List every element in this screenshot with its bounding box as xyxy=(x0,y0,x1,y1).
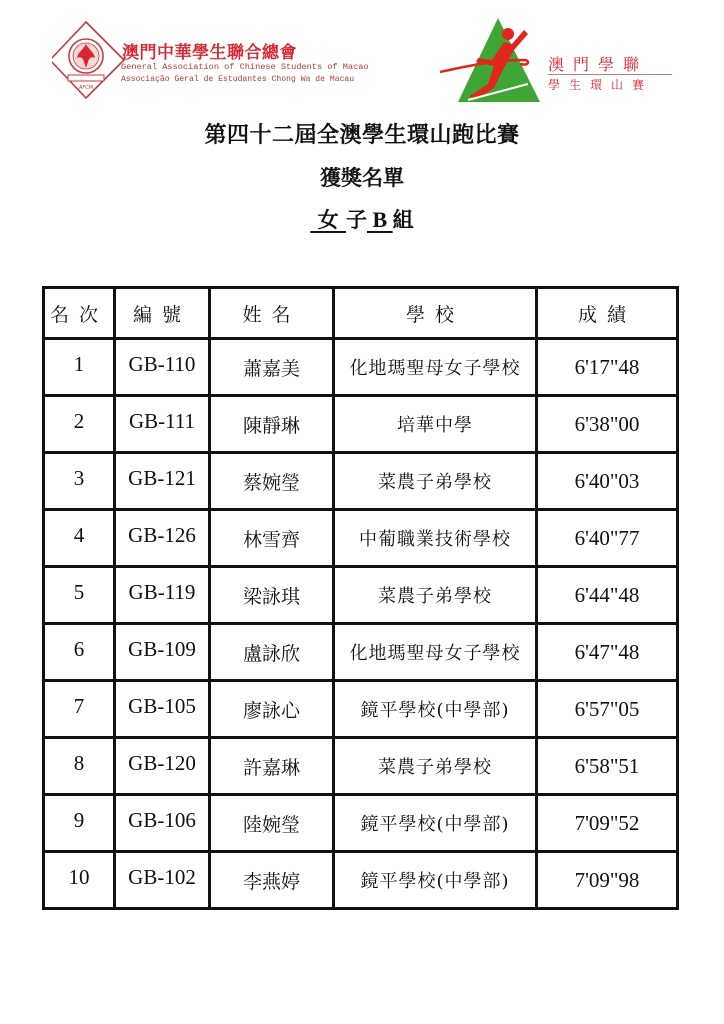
result-time-cell: 6'40"03 xyxy=(537,453,678,510)
table-row: 6GB-109盧詠欣化地瑪聖母女子學校6'47"48 xyxy=(44,624,678,681)
runner-triangle-icon xyxy=(438,14,548,106)
header-school: 學校 xyxy=(334,288,537,339)
bib-number-cell: GB-121 xyxy=(115,453,210,510)
bib-number-cell: GB-110 xyxy=(115,339,210,396)
school-cell: 中葡職業技術學校 xyxy=(334,510,537,567)
header-time: 成績 xyxy=(537,288,678,339)
race-logo: 澳門學聯 學生環山賽 xyxy=(438,14,678,106)
result-time-cell: 6'44"48 xyxy=(537,567,678,624)
race-logo-line2: 學生環山賽 xyxy=(548,76,653,93)
svg-text:AFCM: AFCM xyxy=(79,85,93,91)
awards-subtitle: 獲獎名單 xyxy=(0,162,724,192)
bib-number-cell: GB-111 xyxy=(115,396,210,453)
athlete-name-cell: 梁詠琪 xyxy=(210,567,334,624)
afcm-emblem-icon: AFCM xyxy=(52,18,128,100)
athlete-name-cell: 蕭嘉美 xyxy=(210,339,334,396)
group-suffix: 組 xyxy=(393,204,414,234)
rank-cell: 9 xyxy=(44,795,115,852)
result-time-cell: 7'09"98 xyxy=(537,852,678,909)
rank-cell: 3 xyxy=(44,453,115,510)
result-time-cell: 6'40"77 xyxy=(537,510,678,567)
bib-number-cell: GB-126 xyxy=(115,510,210,567)
school-cell: 化地瑪聖母女子學校 xyxy=(334,624,537,681)
school-cell: 鏡平學校(中學部) xyxy=(334,852,537,909)
rank-cell: 10 xyxy=(44,852,115,909)
race-logo-divider xyxy=(548,74,672,75)
table-row: 5GB-119梁詠琪菜農子弟學校6'44"48 xyxy=(44,567,678,624)
athlete-name-cell: 陳靜琳 xyxy=(210,396,334,453)
race-logo-line1: 澳門學聯 xyxy=(548,52,648,75)
result-time-cell: 6'17"48 xyxy=(537,339,678,396)
org-name-pt: Associação Geral de Estudantes Chong Wa … xyxy=(121,75,354,84)
school-cell: 菜農子弟學校 xyxy=(334,567,537,624)
header-name: 姓名 xyxy=(210,288,334,339)
table-row: 8GB-120許嘉琳菜農子弟學校6'58"51 xyxy=(44,738,678,795)
athlete-name-cell: 盧詠欣 xyxy=(210,624,334,681)
school-cell: 鏡平學校(中學部) xyxy=(334,795,537,852)
group-title: 女 子 B 組 xyxy=(0,204,724,234)
rank-cell: 7 xyxy=(44,681,115,738)
athlete-name-cell: 李燕婷 xyxy=(210,852,334,909)
result-time-cell: 6'58"51 xyxy=(537,738,678,795)
afcm-logo: AFCM 澳門中華學生聯合總會 General Association of C… xyxy=(52,18,312,100)
table-row: 3GB-121蔡婉瑩菜農子弟學校6'40"03 xyxy=(44,453,678,510)
school-cell: 菜農子弟學校 xyxy=(334,453,537,510)
athlete-name-cell: 廖詠心 xyxy=(210,681,334,738)
rank-cell: 5 xyxy=(44,567,115,624)
table-row: 9GB-106陸婉瑩鏡平學校(中學部)7'09"52 xyxy=(44,795,678,852)
group-letter: B xyxy=(367,207,393,233)
bib-number-cell: GB-102 xyxy=(115,852,210,909)
table-row: 10GB-102李燕婷鏡平學校(中學部)7'09"98 xyxy=(44,852,678,909)
group-gender: 女 xyxy=(310,204,346,234)
table-row: 2GB-111陳靜琳培華中學6'38"00 xyxy=(44,396,678,453)
table-row: 7GB-105廖詠心鏡平學校(中學部)6'57"05 xyxy=(44,681,678,738)
group-zi: 子 xyxy=(346,204,367,234)
bib-number-cell: GB-105 xyxy=(115,681,210,738)
bib-number-cell: GB-106 xyxy=(115,795,210,852)
result-time-cell: 6'47"48 xyxy=(537,624,678,681)
school-cell: 菜農子弟學校 xyxy=(334,738,537,795)
athlete-name-cell: 陸婉瑩 xyxy=(210,795,334,852)
rank-cell: 8 xyxy=(44,738,115,795)
rank-cell: 4 xyxy=(44,510,115,567)
rank-cell: 2 xyxy=(44,396,115,453)
org-name-en: General Association of Chinese Students … xyxy=(121,62,369,72)
result-time-cell: 6'57"05 xyxy=(537,681,678,738)
school-cell: 鏡平學校(中學部) xyxy=(334,681,537,738)
athlete-name-cell: 許嘉琳 xyxy=(210,738,334,795)
result-time-cell: 7'09"52 xyxy=(537,795,678,852)
table-header-row: 名次 編號 姓名 學校 成績 xyxy=(44,288,678,339)
bib-number-cell: GB-109 xyxy=(115,624,210,681)
school-cell: 化地瑪聖母女子學校 xyxy=(334,339,537,396)
bib-number-cell: GB-119 xyxy=(115,567,210,624)
school-cell: 培華中學 xyxy=(334,396,537,453)
athlete-name-cell: 林雪齊 xyxy=(210,510,334,567)
event-title: 第四十二屆全澳學生環山跑比賽 xyxy=(0,118,724,149)
rank-cell: 1 xyxy=(44,339,115,396)
athlete-name-cell: 蔡婉瑩 xyxy=(210,453,334,510)
rank-cell: 6 xyxy=(44,624,115,681)
result-time-cell: 6'38"00 xyxy=(537,396,678,453)
bib-number-cell: GB-120 xyxy=(115,738,210,795)
table-row: 4GB-126林雪齊中葡職業技術學校6'40"77 xyxy=(44,510,678,567)
results-table: 名次 編號 姓名 學校 成績 1GB-110蕭嘉美化地瑪聖母女子學校6'17"4… xyxy=(42,286,679,910)
org-name-zh: 澳門中華學生聯合總會 xyxy=(122,38,297,63)
header-rank: 名次 xyxy=(44,288,115,339)
table-row: 1GB-110蕭嘉美化地瑪聖母女子學校6'17"48 xyxy=(44,339,678,396)
header-id: 編號 xyxy=(115,288,210,339)
